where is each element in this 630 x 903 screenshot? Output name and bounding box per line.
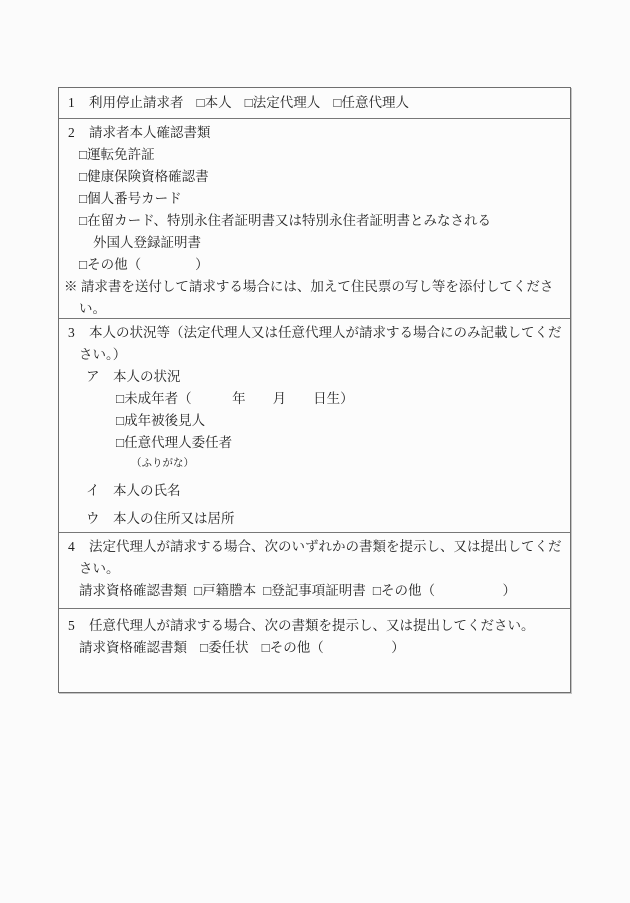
section-3-number: 3 xyxy=(68,322,89,344)
section-1-line: 1利用停止請求者□本人□法定代理人□任意代理人 xyxy=(59,92,570,114)
section-5-title: 任意代理人が請求する場合、次の書類を提示し、又は提出してください。 xyxy=(89,618,535,633)
section-3-principal-status: 3本人の状況等（法定代理人又は任意代理人が請求する場合にのみ記載してくだ さい。… xyxy=(59,319,570,533)
section-5-docs-line: 請求資格確認書類□委任状□その他（ ） xyxy=(59,637,570,659)
section-2-title-line: 2請求者本人確認書類 xyxy=(59,122,570,144)
section-4-title-line2: さい。 xyxy=(59,558,570,580)
section-5-title-line: 5任意代理人が請求する場合、次の書類を提示し、又は提出してください。 xyxy=(59,615,570,637)
furigana-label: （ふりがな） xyxy=(59,454,570,474)
section-4-docs-line: 請求資格確認書類□戸籍謄本□登記事項証明書□その他（ ） xyxy=(59,580,570,602)
checkbox-voluntary-agent-delegator[interactable]: □任意代理人委任者 xyxy=(59,432,570,454)
checkbox-registration-certificate[interactable]: □登記事項証明書 xyxy=(263,583,366,598)
mail-request-note-line2: い。 xyxy=(59,298,570,319)
sub-i-principal-name-label: イ 本人の氏名 xyxy=(59,480,570,502)
checkbox-adult-ward[interactable]: □成年被後見人 xyxy=(59,410,570,432)
checkbox-family-register-copy[interactable]: □戸籍謄本 xyxy=(194,583,256,598)
section-2-identity-documents: 2請求者本人確認書類 □運転免許証 □健康保険資格確認書 □個人番号カード □在… xyxy=(59,119,570,319)
checkbox-other-section5[interactable]: □その他（ ） xyxy=(262,640,405,655)
section-5-voluntary-representative-docs: 5任意代理人が請求する場合、次の書類を提示し、又は提出してください。 請求資格確… xyxy=(59,609,570,692)
sub-a-principal-status-label: ア 本人の状況 xyxy=(59,366,570,388)
checkbox-self[interactable]: □本人 xyxy=(197,95,232,110)
section-4-legal-representative-docs: 4法定代理人が請求する場合、次のいずれかの書類を提示し、又は提出してくだ さい。… xyxy=(59,533,570,609)
section-4-number: 4 xyxy=(68,536,89,558)
section-2-title: 請求者本人確認書類 xyxy=(89,125,211,140)
checkbox-residence-card[interactable]: □在留カード、特別永住者証明書又は特別永住者証明書とみなされる xyxy=(59,210,570,232)
section-2-number: 2 xyxy=(68,122,89,144)
section-1-label: 利用停止請求者 xyxy=(89,95,184,110)
checkbox-voluntary-representative[interactable]: □任意代理人 xyxy=(333,95,409,110)
checkbox-drivers-license[interactable]: □運転免許証 xyxy=(59,144,570,166)
checkbox-minor[interactable]: □未成年者（ 年 月 日生） xyxy=(59,388,570,410)
section-5-number: 5 xyxy=(68,615,89,637)
section-4-title-line1: 4法定代理人が請求する場合、次のいずれかの書類を提示し、又は提出してくだ xyxy=(59,536,570,558)
section-4-title: 法定代理人が請求する場合、次のいずれかの書類を提示し、又は提出してくだ xyxy=(89,539,562,554)
suspension-request-form-table: 1利用停止請求者□本人□法定代理人□任意代理人 2請求者本人確認書類 □運転免許… xyxy=(58,87,571,693)
section-5-docs-label: 請求資格確認書類 xyxy=(79,640,187,655)
section-1-requester: 1利用停止請求者□本人□法定代理人□任意代理人 xyxy=(59,88,570,119)
section-3-title-line2: さい。） xyxy=(59,344,570,366)
section-1-number: 1 xyxy=(68,92,89,114)
section-4-docs-label: 請求資格確認書類 xyxy=(79,583,187,598)
checkbox-health-insurance-certificate[interactable]: □健康保険資格確認書 xyxy=(59,166,570,188)
document-page: 1利用停止請求者□本人□法定代理人□任意代理人 2請求者本人確認書類 □運転免許… xyxy=(0,0,630,903)
mail-request-note-line1: ※ 請求書を送付して請求する場合には、加えて住民票の写し等を添付してくださ xyxy=(59,276,570,298)
section-3-title: 本人の状況等（法定代理人又は任意代理人が請求する場合にのみ記載してくだ xyxy=(89,325,562,340)
checkbox-individual-number-card[interactable]: □個人番号カード xyxy=(59,188,570,210)
checkbox-legal-representative[interactable]: □法定代理人 xyxy=(245,95,321,110)
section-3-title-line1: 3本人の状況等（法定代理人又は任意代理人が請求する場合にのみ記載してくだ xyxy=(59,322,570,344)
checkbox-other-identity-document[interactable]: □その他（ ） xyxy=(59,254,570,276)
residence-card-continuation: 外国人登録証明書 xyxy=(59,232,570,254)
checkbox-power-of-attorney[interactable]: □委任状 xyxy=(200,640,249,655)
sub-u-principal-address-label: ウ 本人の住所又は居所 xyxy=(59,508,570,530)
checkbox-other-section4[interactable]: □その他（ ） xyxy=(373,583,516,598)
